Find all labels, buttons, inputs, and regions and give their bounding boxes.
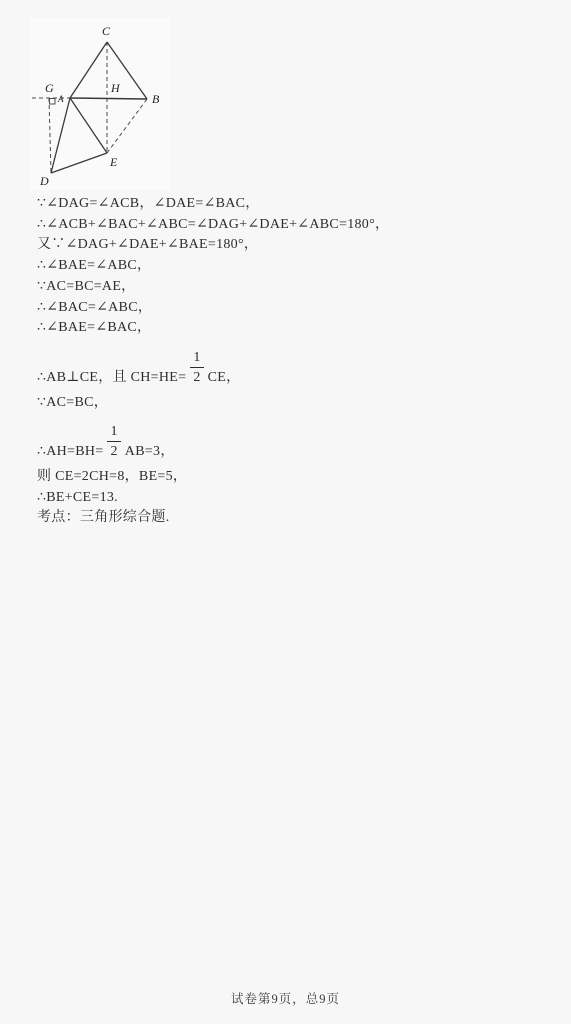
right-angle-mark bbox=[50, 99, 56, 105]
edge-DE bbox=[51, 153, 107, 173]
proof-line-10: ∴AH=BH=12AB=3， bbox=[37, 423, 457, 463]
geometry-figure: C B G A H E D bbox=[30, 18, 170, 190]
edge-AB bbox=[70, 98, 147, 99]
fraction-denominator: 2 bbox=[107, 442, 120, 460]
fraction-numerator: 1 bbox=[107, 423, 120, 442]
fraction-one-half: 12 bbox=[107, 423, 120, 460]
edge-CA bbox=[70, 42, 107, 98]
dashed-line-GD bbox=[49, 98, 51, 173]
proof-line-4: ∴∠BAE=∠ABC， bbox=[37, 256, 457, 277]
fraction-numerator: 1 bbox=[190, 349, 203, 368]
proof-line-10-post: AB=3， bbox=[125, 444, 175, 459]
proof-line-10-pre: ∴AH=BH= bbox=[37, 444, 103, 459]
dashed-line-EB bbox=[107, 99, 147, 153]
proof-line-5: ∵AC=BC=AE， bbox=[37, 277, 457, 298]
point-label-G: G bbox=[45, 81, 54, 95]
proof-line-2: ∴∠ACB+∠BAC+∠ABC=∠DAG+∠DAE+∠ABC=180°， bbox=[37, 215, 457, 236]
point-label-A: A bbox=[57, 94, 64, 104]
proof-line-12: ∴BE+CE=13. bbox=[37, 488, 457, 509]
proof-line-7: ∴∠BAE=∠BAC， bbox=[37, 318, 457, 339]
proof-line-1: ∵∠DAG=∠ACB，∠DAE=∠BAC， bbox=[37, 194, 457, 215]
page-footer: 试卷第9页，总9页 bbox=[0, 989, 571, 1007]
point-label-E: E bbox=[109, 155, 118, 169]
edge-AD bbox=[51, 98, 70, 173]
proof-text-block: ∵∠DAG=∠ACB，∠DAE=∠BAC， ∴∠ACB+∠BAC+∠ABC=∠D… bbox=[37, 194, 457, 529]
point-label-H: H bbox=[110, 81, 121, 95]
point-label-B: B bbox=[152, 92, 160, 106]
fraction-denominator: 2 bbox=[190, 368, 203, 386]
proof-line-8: ∴AB⊥CE，且 CH=HE=12CE， bbox=[37, 349, 457, 389]
point-label-D: D bbox=[39, 174, 49, 188]
proof-line-9: ∵AC=BC， bbox=[37, 393, 457, 414]
geometry-figure-svg: C B G A H E D bbox=[30, 18, 170, 190]
fraction-one-half: 12 bbox=[190, 349, 203, 386]
point-label-C: C bbox=[102, 24, 111, 38]
proof-line-8-post: CE， bbox=[208, 370, 241, 385]
proof-line-13: 考点：三角形综合题. bbox=[37, 508, 457, 529]
proof-line-3: 又∵∠DAG+∠DAE+∠BAE=180°， bbox=[37, 235, 457, 256]
edge-AE bbox=[70, 98, 107, 153]
document-page: C B G A H E D ∵∠DAG=∠ACB，∠DAE=∠BAC， ∴∠AC… bbox=[0, 0, 571, 1024]
proof-line-8-pre: ∴AB⊥CE，且 CH=HE= bbox=[37, 370, 186, 385]
proof-line-11: 则 CE=2CH=8，BE=5， bbox=[37, 467, 457, 488]
proof-line-6: ∴∠BAC=∠ABC， bbox=[37, 298, 457, 319]
